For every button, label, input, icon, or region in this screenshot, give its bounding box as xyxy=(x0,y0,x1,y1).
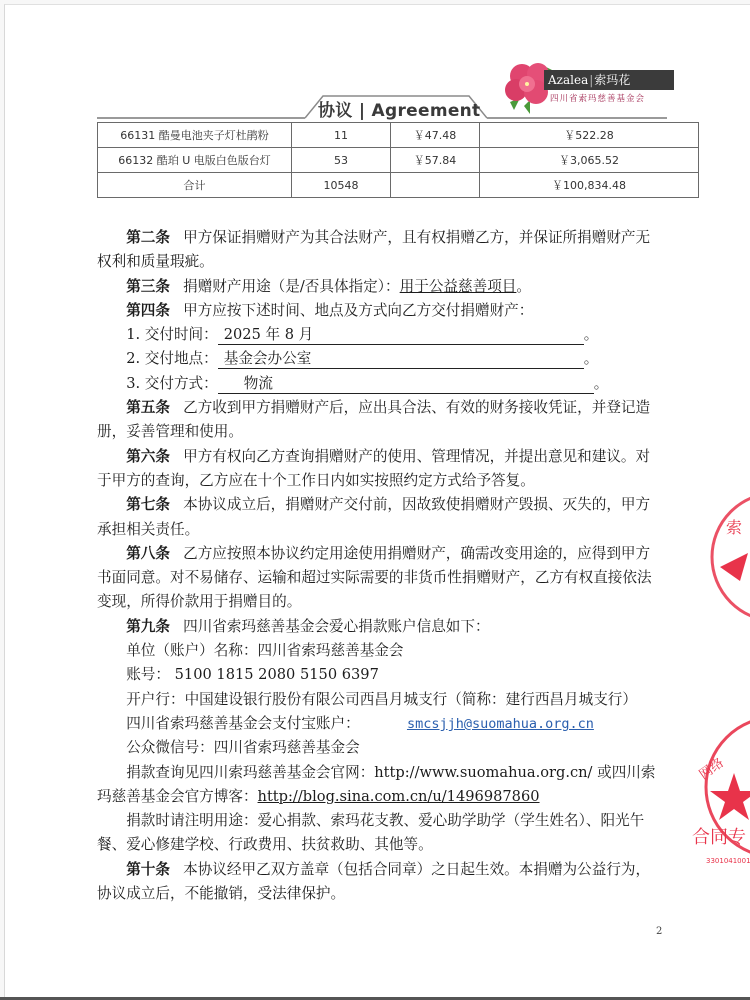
article-text: 捐赠财产用途（是/否具体指定）： xyxy=(183,278,400,295)
article-label: 第四条 xyxy=(126,302,170,319)
alipay-email-link[interactable]: smcsjjh@suomahua.org.cn xyxy=(407,716,594,732)
article-5: 第五条乙方收到甲方捐赠财产后，应出具合法、有效的财务接收凭证，并登记造册，妥善管… xyxy=(97,396,657,445)
table-row-total: 合计 10548 ￥100,834.48 xyxy=(98,173,699,198)
field-label: 账号： xyxy=(126,666,170,683)
bank-line: 开户行：中国建设银行股份有限公司西昌月城支行（简称：建行西昌月城支行） xyxy=(97,688,657,712)
seal-2-bottom-text: 合同专 xyxy=(692,827,746,848)
article-text: 甲方有权向乙方查询捐赠财产的使用、管理情况，并提出意见和建议。对于甲方的查询，乙… xyxy=(97,448,650,489)
delivery-place: 2. 交付地点：基金会办公室。 xyxy=(97,347,657,371)
punct: 。 xyxy=(516,278,531,295)
purpose-value: 用于公益慈善项目 xyxy=(400,278,517,295)
field-label: 1. 交付时间： xyxy=(126,326,218,343)
account-number-line: 账号： 5100 1815 2080 5150 6397 xyxy=(97,663,657,687)
logo-banner: Azalea|索玛花 xyxy=(544,70,674,90)
article-2: 第二条甲方保证捐赠财产为其合法财产，且有权捐赠乙方，并保证所捐赠财产无权利和质量… xyxy=(97,226,657,275)
punct: 。 xyxy=(584,326,599,343)
seal-2-top-text: 网络 xyxy=(697,756,727,783)
logo-org-name: 四川省索玛慈善基金会 xyxy=(550,92,645,104)
cell-total-qty: 10548 xyxy=(292,173,391,198)
cell-amount: ￥522.28 xyxy=(480,123,699,148)
article-text: 乙方收到甲方捐赠财产后，应出具合法、有效的财务接收凭证，并登记造册，妥善管理和使… xyxy=(97,399,650,440)
punct: 。 xyxy=(584,350,599,367)
partial-seal-1: 索 xyxy=(700,485,750,635)
cell-item: 66131 酷曼电池夹子灯杜鹃粉 xyxy=(98,123,292,148)
query-line: 捐款查询见四川索玛慈善基金会官网：http://www.suomahua.org… xyxy=(97,761,657,810)
account-name: 单位（账户）名称：四川省索玛慈善基金会 xyxy=(97,639,657,663)
article-text: 甲方应按下述时间、地点及方式向乙方交付捐赠财产： xyxy=(183,302,533,319)
punct: 。 xyxy=(594,375,609,392)
delivery-place-value: 基金会办公室 xyxy=(218,350,584,369)
article-7: 第七条本协议成立后，捐赠财产交付前，因故致使捐赠财产毁损、灭失的，甲方承担相关责… xyxy=(97,493,657,542)
article-text: 本协议成立后，捐赠财产交付前，因故致使捐赠财产毁损、灭失的，甲方承担相关责任。 xyxy=(97,496,650,537)
article-label: 第十条 xyxy=(126,861,170,878)
cell-empty xyxy=(391,173,480,198)
cell-total-label: 合计 xyxy=(98,173,292,198)
foundation-logo: Azalea|索玛花 四川省索玛慈善基金会 xyxy=(500,58,670,118)
article-9: 第九条四川省索玛慈善基金会爱心捐款账户信息如下： xyxy=(97,615,657,639)
cell-total-amount: ￥100,834.48 xyxy=(480,173,699,198)
brand-en: Azalea xyxy=(548,73,588,87)
cell-unit-price: ￥47.48 xyxy=(391,123,480,148)
article-text: 甲方保证捐赠财产为其合法财产，且有权捐赠乙方，并保证所捐赠财产无权利和质量瑕疵。 xyxy=(97,229,650,270)
delivery-method-value: 物流 xyxy=(218,375,594,394)
partial-seal-2: 网络 合同专 3301041001 xyxy=(690,715,750,875)
star-icon xyxy=(720,553,748,581)
field-label: 四川省索玛慈善基金会支付宝账户： xyxy=(126,715,360,732)
article-text: 四川省索玛慈善基金会爱心捐款账户信息如下： xyxy=(183,618,489,635)
article-text: 乙方应按照本协议约定用途使用捐赠财产，确需改变用途的，应得到甲方书面同意。对不易… xyxy=(97,545,652,611)
article-10: 第十条本协议经甲乙双方盖章（包括合同章）之日起生效。本捐赠为公益行为，协议成立后… xyxy=(97,858,657,907)
article-label: 第六条 xyxy=(126,448,170,465)
page-number: 2 xyxy=(656,926,662,937)
account-number: 5100 1815 2080 5150 6397 xyxy=(175,666,379,683)
delivery-method: 3. 交付方式：物流。 xyxy=(97,372,657,396)
article-label: 第七条 xyxy=(126,496,170,513)
article-label: 第二条 xyxy=(126,229,170,246)
cell-qty: 11 xyxy=(292,123,391,148)
cell-item: 66132 酷珀 U 电版白色版台灯 xyxy=(98,148,292,173)
brand-cn: 索玛花 xyxy=(594,73,630,87)
wechat-line: 公众微信号：四川省索玛慈善基金会 xyxy=(97,736,657,760)
delivery-time-value: 2025 年 8 月 xyxy=(218,326,584,345)
field-label: 3. 交付方式： xyxy=(126,375,218,392)
alipay-line: 四川省索玛慈善基金会支付宝账户：smcsjjh@suomahua.org.cn xyxy=(97,712,657,736)
article-6: 第六条甲方有权向乙方查询捐赠财产的使用、管理情况，并提出意见和建议。对于甲方的查… xyxy=(97,445,657,494)
donation-items-table: 66131 酷曼电池夹子灯杜鹃粉 11 ￥47.48 ￥522.28 66132… xyxy=(97,122,699,198)
article-text: 本协议经甲乙双方盖章（包括合同章）之日起生效。本捐赠为公益行为，协议成立后，不能… xyxy=(97,861,650,902)
table-row: 66132 酷珀 U 电版白色版台灯 53 ￥57.84 ￥3,065.52 xyxy=(98,148,699,173)
header-title: 协议 | Agreement xyxy=(318,96,481,121)
seal-2-code: 3301041001 xyxy=(706,857,750,865)
purpose-note: 捐款时请注明用途：爱心捐款、索玛花支教、爱心助学助学（学生姓名）、阳光午餐、爱心… xyxy=(97,809,657,858)
article-label: 第三条 xyxy=(126,278,170,295)
article-label: 第八条 xyxy=(126,545,170,562)
star-icon xyxy=(710,773,750,820)
field-label: 2. 交付地点： xyxy=(126,350,218,367)
article-4: 第四条甲方应按下述时间、地点及方式向乙方交付捐赠财产： xyxy=(97,299,657,323)
agreement-body: 第二条甲方保证捐赠财产为其合法财产，且有权捐赠乙方，并保证所捐赠财产无权利和质量… xyxy=(97,226,657,906)
article-label: 第九条 xyxy=(126,618,170,635)
article-label: 第五条 xyxy=(126,399,170,416)
article-3: 第三条捐赠财产用途（是/否具体指定）：用于公益慈善项目。 xyxy=(97,275,657,299)
cell-qty: 53 xyxy=(292,148,391,173)
table-row: 66131 酷曼电池夹子灯杜鹃粉 11 ￥47.48 ￥522.28 xyxy=(98,123,699,148)
cell-unit-price: ￥57.84 xyxy=(391,148,480,173)
article-8: 第八条乙方应按照本协议约定用途使用捐赠财产，确需改变用途的，应得到甲方书面同意。… xyxy=(97,542,657,615)
blog-link[interactable]: http://blog.sina.com.cn/u/1496987860 xyxy=(258,788,540,805)
cell-amount: ￥3,065.52 xyxy=(480,148,699,173)
header-rule-left xyxy=(97,117,305,119)
delivery-time: 1. 交付时间：2025 年 8 月。 xyxy=(97,323,657,347)
seal-1-char: 索 xyxy=(726,518,742,537)
